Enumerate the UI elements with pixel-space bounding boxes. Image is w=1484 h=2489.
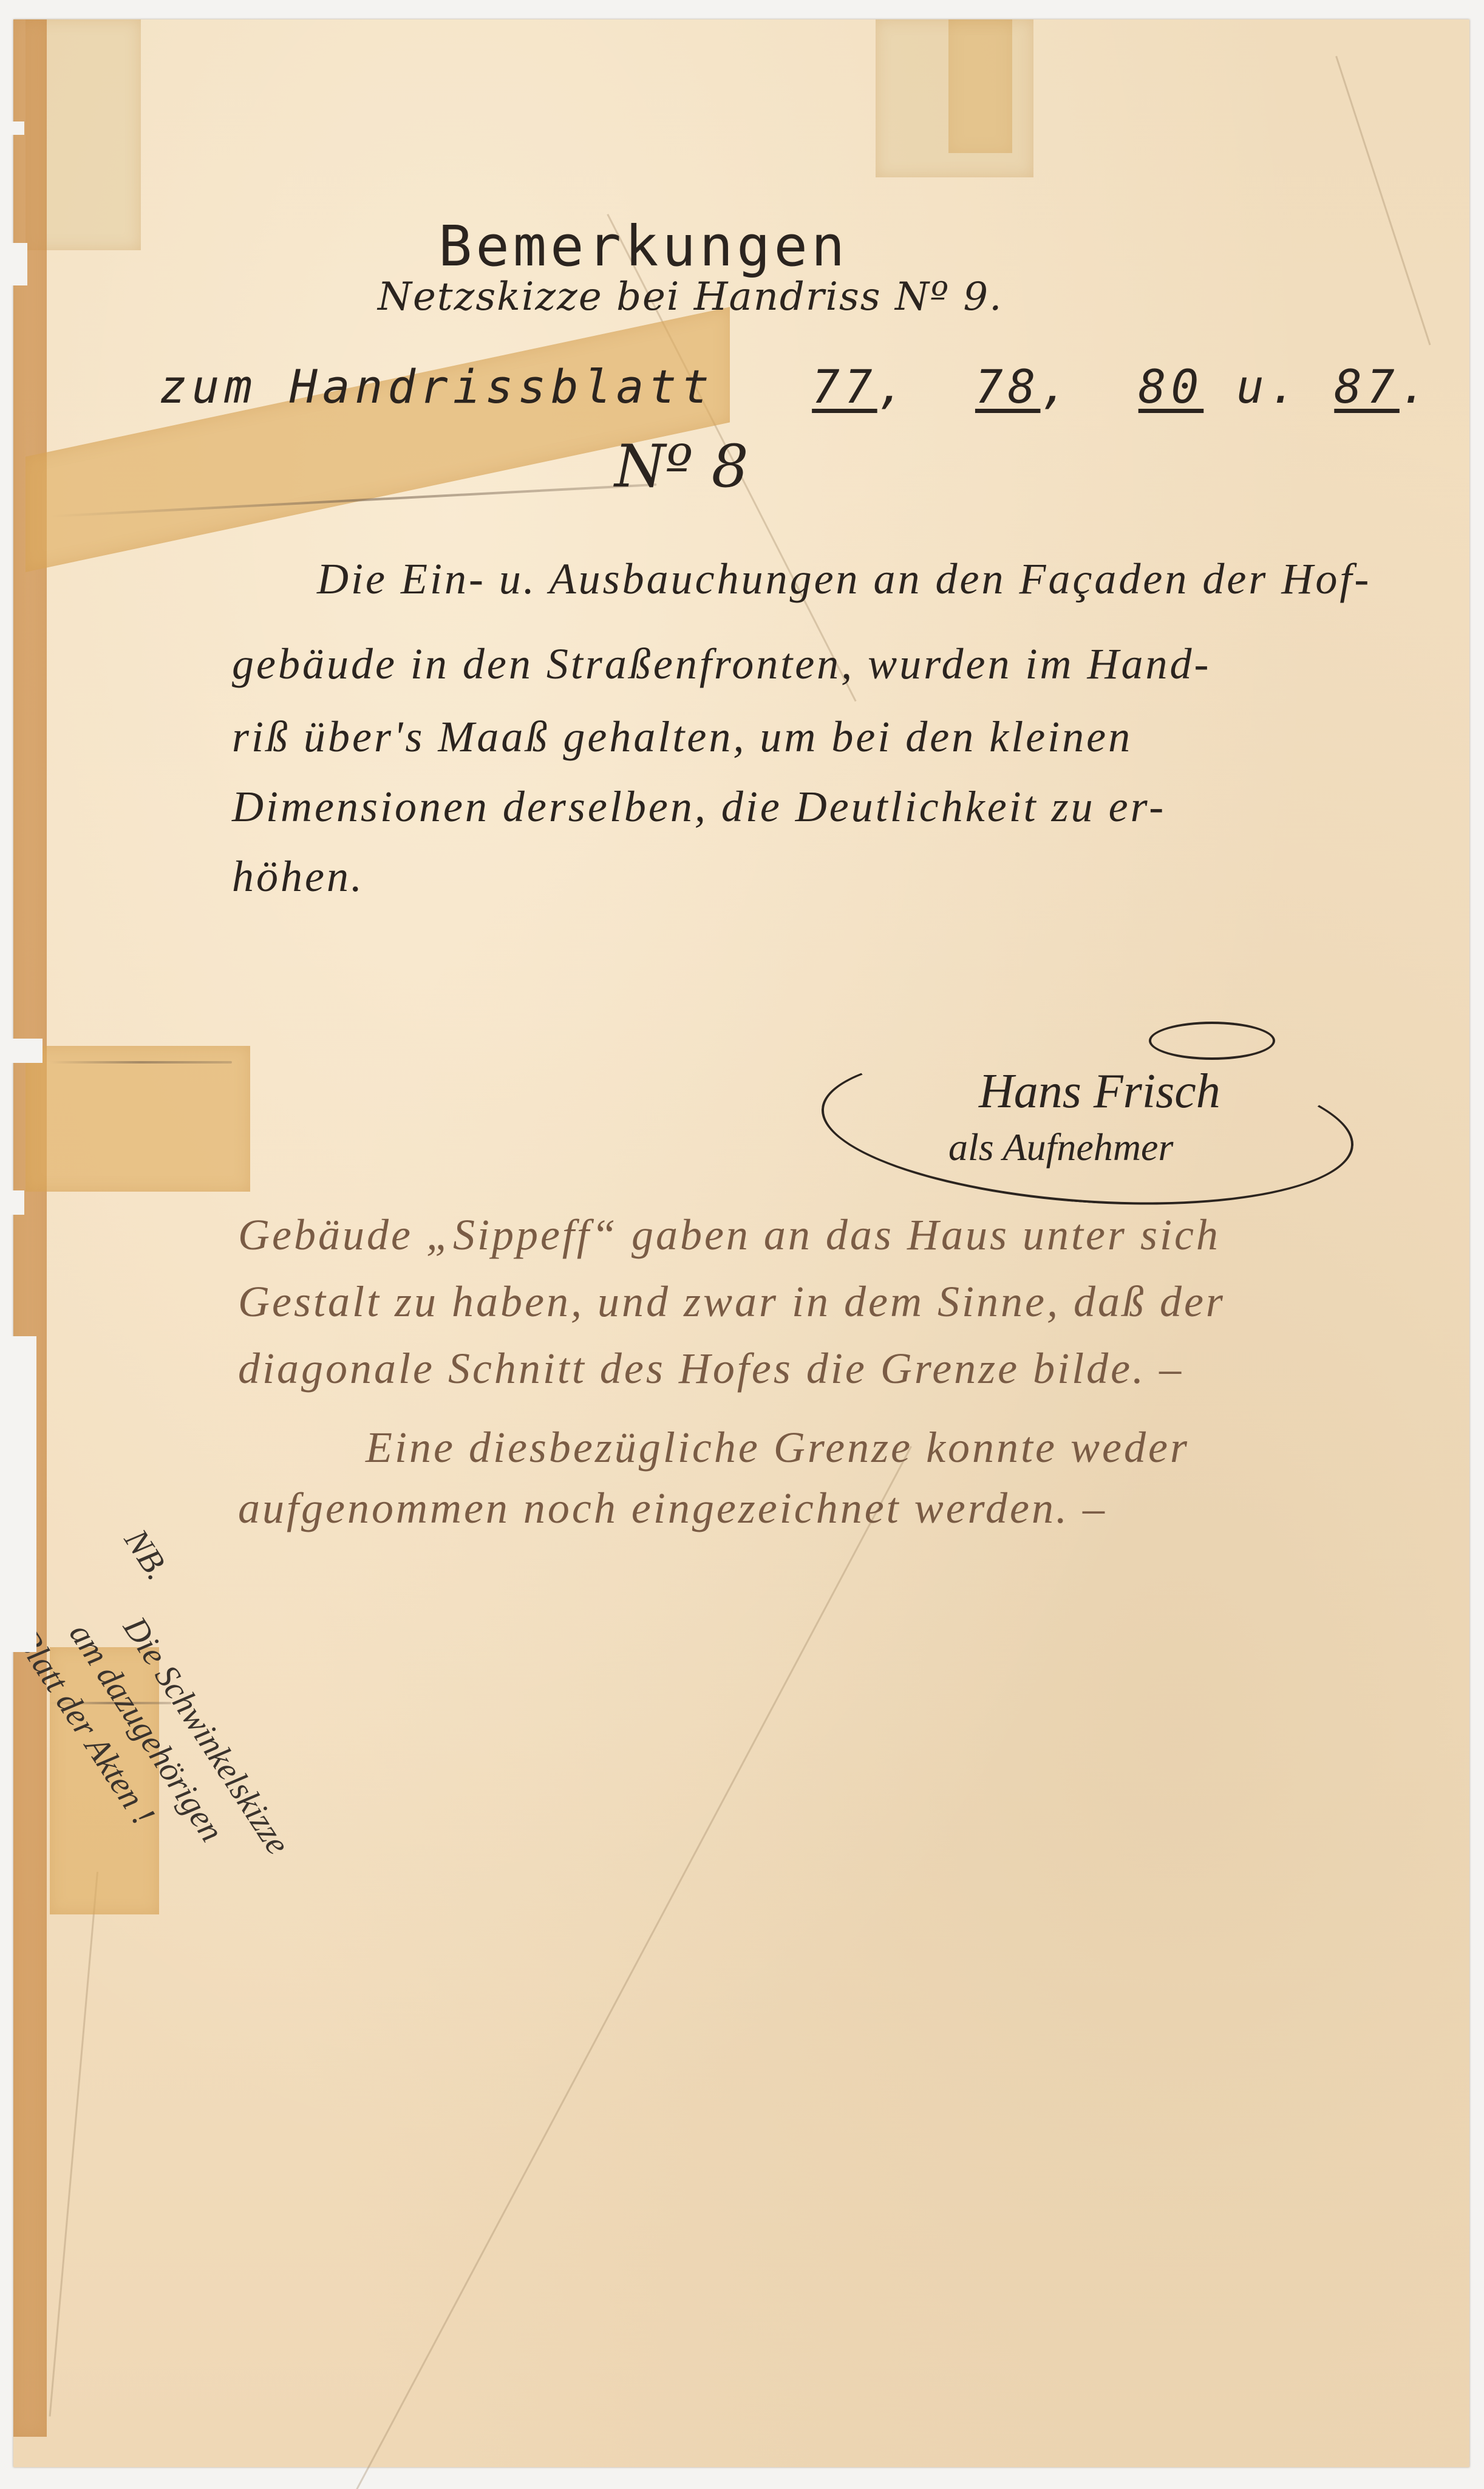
separator: . xyxy=(1400,360,1432,414)
paragraph-line: Dimensionen derselben, die Deutlichkeit … xyxy=(232,782,1166,832)
paragraph-line: Eine diesbezügliche Grenze konnte weder xyxy=(366,1422,1190,1473)
separator: u. xyxy=(1236,360,1302,414)
sheet-number: 78 xyxy=(975,360,1041,414)
signature-loop xyxy=(1149,1022,1275,1060)
paragraph-line: höhen. xyxy=(232,852,364,902)
paper-crease xyxy=(355,1446,912,2489)
separator: , xyxy=(1040,360,1073,414)
paragraph-line: gebäude in den Straßenfronten, wurden im… xyxy=(232,639,1211,689)
paper-crease xyxy=(1335,56,1431,345)
paragraph-line: aufgenommen noch eingezeichnet werden. – xyxy=(238,1483,1107,1534)
torn-edge-notch xyxy=(0,1190,24,1215)
tape-strip-mid-left xyxy=(26,1046,250,1192)
sheet-number: 77 xyxy=(812,360,877,414)
paragraph-line: riß über's Maaß gehalten, um bei den kle… xyxy=(232,712,1132,762)
sheet-ref-prefix: zum Handrissblatt xyxy=(159,360,714,414)
paper-tear xyxy=(50,1061,232,1064)
tape-strip-left-edge xyxy=(13,19,47,2437)
paragraph-line: diagonale Schnitt des Hofes die Grenze b… xyxy=(238,1344,1183,1394)
paragraph-line: Die Ein- u. Ausbauchungen an den Façaden… xyxy=(317,554,1371,604)
sheet-number: 87 xyxy=(1334,360,1400,414)
paper-crease xyxy=(49,1872,98,2417)
torn-edge-notch xyxy=(0,243,27,285)
document-subtitle: Netzskizze bei Handriss Nº 9. xyxy=(378,275,1002,319)
sheet-reference: zum Handrissblatt 77, 78, 80 u. 87. xyxy=(159,360,1432,414)
torn-edge-notch xyxy=(0,1336,36,1652)
torn-edge-notch xyxy=(0,121,24,135)
tape-strip-top-faint xyxy=(876,19,1033,177)
paragraph-line: Gestalt zu haben, und zwar in dem Sinne,… xyxy=(238,1277,1225,1327)
document-title: Bemerkungen xyxy=(438,214,848,279)
torn-edge-notch xyxy=(0,1039,43,1063)
sheet-number: 80 xyxy=(1139,360,1204,414)
document-sheet: Bemerkungen Netzskizze bei Handriss Nº 9… xyxy=(13,19,1469,2467)
signature-role: als Aufnehmer xyxy=(948,1125,1173,1170)
paragraph-line: Gebäude „Sippeff“ gaben an das Haus unte… xyxy=(238,1210,1220,1260)
document-number: Nº 8 xyxy=(614,432,749,500)
signature-name: Hans Frisch xyxy=(979,1064,1220,1119)
separator: , xyxy=(877,360,910,414)
